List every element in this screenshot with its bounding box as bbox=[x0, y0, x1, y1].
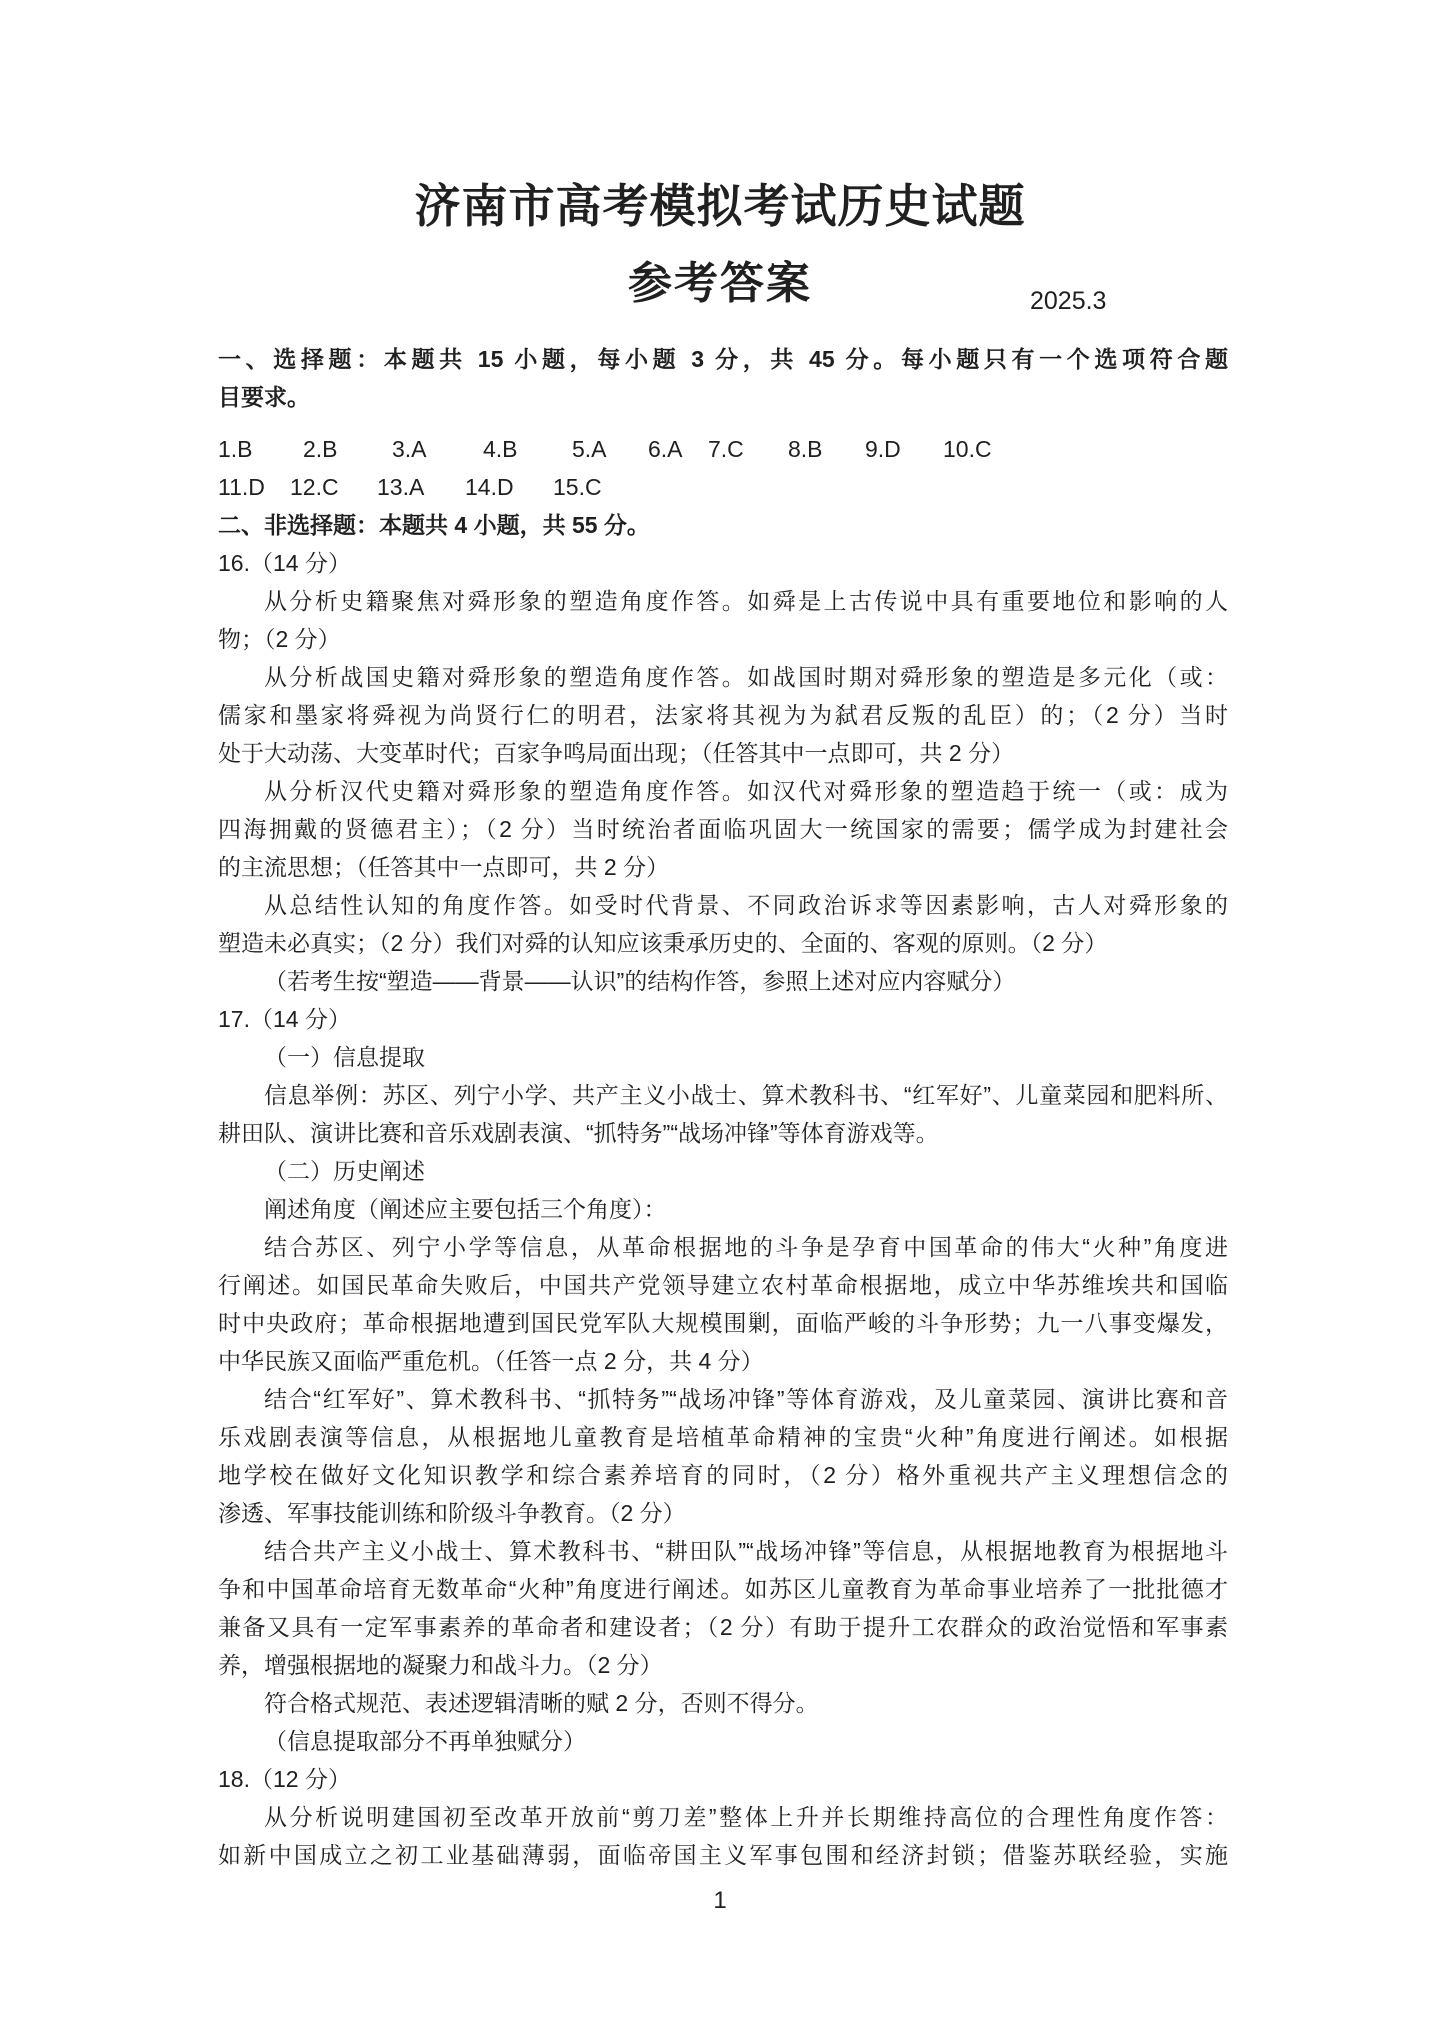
answer-item: 8.B bbox=[788, 430, 865, 468]
doc-subtitle: 参考答案 bbox=[628, 256, 812, 312]
text-line: 从分析汉代史籍对舜形象的塑造角度作答。如汉代对舜形象的塑造趋于统一（或：成为 bbox=[218, 772, 1228, 810]
doc-body: 一、选择题：本题共 15 小题，每小题 3 分，共 45 分。每小题只有一个选项… bbox=[0, 340, 1440, 1874]
text-line: 从分析说明建国初至改革开放前“剪刀差”整体上升并长期维持高位的合理性角度作答： bbox=[218, 1798, 1228, 1836]
doc-date: 2025.3 bbox=[1030, 286, 1106, 316]
text-line: 处于大动荡、大变革时代；百家争鸣局面出现；（任答其中一点即可，共 2 分） bbox=[218, 734, 1228, 772]
doc-title: 济南市高考模拟考试历史试题 bbox=[0, 178, 1440, 234]
document-page: 济南市高考模拟考试历史试题 参考答案 2025.3 一、选择题：本题共 15 小… bbox=[0, 0, 1440, 2036]
text-line: 行阐述。如国民革命失败后，中国共产党领导建立农村革命根据地，成立中华苏维埃共和国… bbox=[218, 1266, 1228, 1304]
text-line: 物；（2 分） bbox=[218, 620, 1228, 658]
text-line: 渗透、军事技能训练和阶级斗争教育。（2 分） bbox=[218, 1494, 1228, 1532]
answer-item: 3.A bbox=[392, 430, 483, 468]
text-line: 儒家和墨家将舜视为尚贤行仁的明君，法家将其视为为弑君反叛的乱臣）的；（2 分）当… bbox=[218, 696, 1228, 734]
answer-item: 9.D bbox=[865, 430, 943, 468]
text-line: （若考生按“塑造——背景——认识”的结构作答，参照上述对应内容赋分） bbox=[218, 962, 1228, 1000]
text-line: 时中央政府；革命根据地遭到国民党军队大规模围剿，面临严峻的斗争形势；九一八事变爆… bbox=[218, 1304, 1228, 1342]
text-line: 阐述角度（阐述应主要包括三个角度）： bbox=[218, 1190, 1228, 1228]
text-line: 一、选择题：本题共 15 小题，每小题 3 分，共 45 分。每小题只有一个选项… bbox=[218, 340, 1228, 378]
text-line: 兼备又具有一定军事素养的革命者和建设者；（2 分）有助于提升工农群众的政治觉悟和… bbox=[218, 1608, 1228, 1646]
text-line: 争和中国革命培育无数革命“火种”角度进行阐述。如苏区儿童教育为革命事业培养了一批… bbox=[218, 1570, 1228, 1608]
text-line: 耕田队、演讲比赛和音乐戏剧表演、“抓特务”“战场冲锋”等体育游戏等。 bbox=[218, 1114, 1228, 1152]
answer-item: 12.C bbox=[290, 468, 377, 506]
text-line: 塑造未必真实；（2 分）我们对舜的认知应该秉承历史的、全面的、客观的原则。（2 … bbox=[218, 924, 1228, 962]
text-line: 信息举例：苏区、列宁小学、共产主义小战士、算术教科书、“红军好”、儿童菜园和肥料… bbox=[218, 1076, 1228, 1114]
text-line: （信息提取部分不再单独赋分） bbox=[218, 1722, 1228, 1760]
text-line: 目要求。 bbox=[218, 378, 1228, 416]
text-line: 从分析史籍聚焦对舜形象的塑造角度作答。如舜是上古传说中具有重要地位和影响的人 bbox=[218, 582, 1228, 620]
text-line: 符合格式规范、表述逻辑清晰的赋 2 分，否则不得分。 bbox=[218, 1684, 1228, 1722]
answer-item: 7.C bbox=[708, 430, 788, 468]
answer-item: 15.C bbox=[553, 468, 602, 506]
answer-item: 11.D bbox=[218, 468, 290, 506]
answer-item: 14.D bbox=[465, 468, 553, 506]
text-line: 的主流思想；（任答其中一点即可，共 2 分） bbox=[218, 848, 1228, 886]
text-line: 17.（14 分） bbox=[218, 1000, 1228, 1038]
text-line: 从分析战国史籍对舜形象的塑造角度作答。如战国时期对舜形象的塑造是多元化（或： bbox=[218, 658, 1228, 696]
text-line: 二、非选择题：本题共 4 小题，共 55 分。 bbox=[218, 506, 1228, 544]
text-line: 地学校在做好文化知识教学和综合素养培育的同时，（2 分）格外重视共产主义理想信念… bbox=[218, 1456, 1228, 1494]
text-line: 养，增强根据地的凝聚力和战斗力。（2 分） bbox=[218, 1646, 1228, 1684]
answer-item: 2.B bbox=[303, 430, 392, 468]
text-line: 结合“红军好”、算术教科书、“抓特务”“战场冲锋”等体育游戏，及儿童菜园、演讲比… bbox=[218, 1380, 1228, 1418]
answer-item: 5.A bbox=[572, 430, 648, 468]
subtitle-row: 参考答案 2025.3 bbox=[0, 256, 1440, 322]
answer-item: 1.B bbox=[218, 430, 303, 468]
answer-item: 4.B bbox=[483, 430, 572, 468]
answer-item: 6.A bbox=[648, 430, 708, 468]
answer-item: 13.A bbox=[377, 468, 465, 506]
answer-row: 11.D12.C13.A14.D15.C bbox=[218, 468, 1228, 506]
text-line: 乐戏剧表演等信息，从根据地儿童教育是培植革命精神的宝贵“火种”角度进行阐述。如根… bbox=[218, 1418, 1228, 1456]
text-line: 从总结性认知的角度作答。如受时代背景、不同政治诉求等因素影响，古人对舜形象的 bbox=[218, 886, 1228, 924]
text-line: 结合共产主义小战士、算术教科书、“耕田队”“战场冲锋”等信息，从根据地教育为根据… bbox=[218, 1532, 1228, 1570]
text-line: 16.（14 分） bbox=[218, 544, 1228, 582]
text-line: 四海拥戴的贤德君主）；（2 分）当时统治者面临巩固大一统国家的需要；儒学成为封建… bbox=[218, 810, 1228, 848]
text-line: 18.（12 分） bbox=[218, 1760, 1228, 1798]
text-line: （二）历史阐述 bbox=[218, 1152, 1228, 1190]
answer-item: 10.C bbox=[943, 430, 992, 468]
text-line: （一）信息提取 bbox=[218, 1038, 1228, 1076]
text-line: 如新中国成立之初工业基础薄弱，面临帝国主义军事包围和经济封锁；借鉴苏联经验，实施 bbox=[218, 1836, 1228, 1874]
answer-row: 1.B2.B3.A4.B5.A6.A7.C8.B9.D10.C bbox=[218, 430, 1228, 468]
text-line: 中华民族又面临严重危机。（任答一点 2 分，共 4 分） bbox=[218, 1342, 1228, 1380]
page-number: 1 bbox=[0, 1882, 1440, 1920]
text-line: 结合苏区、列宁小学等信息，从革命根据地的斗争是孕育中国革命的伟大“火种”角度进 bbox=[218, 1228, 1228, 1266]
